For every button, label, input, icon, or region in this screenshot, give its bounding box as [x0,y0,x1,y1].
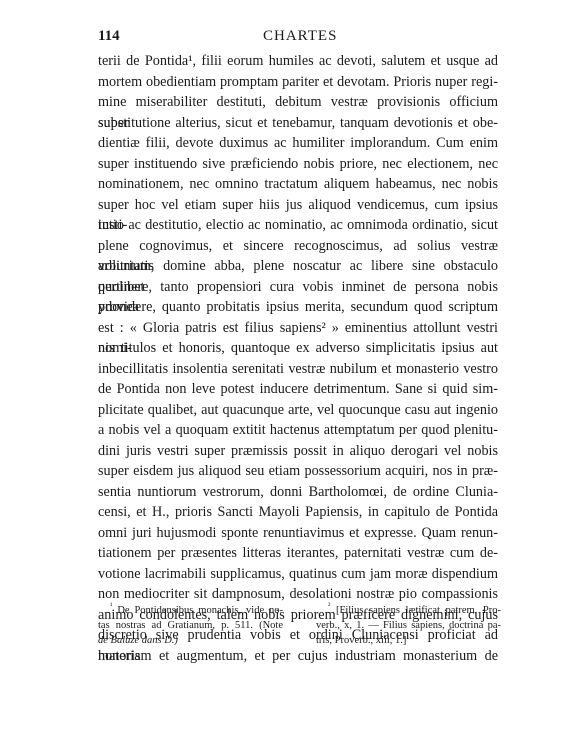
text-line: censi, et H., prioris Sancti Mayoli Papi… [98,502,498,523]
text-line: arbitrium, domine abba, plene noscatur a… [98,256,498,277]
text-line: nis titulos et honoris, quantoque ex adv… [98,338,498,359]
footnote-line: ¹ De Pontidensibus monachis, vide no- [98,603,283,618]
text-line: mine miserabiliter destituti, debitum ve… [98,92,498,113]
text-line: omni juri hujusmodi sponte renuntiavimus… [98,523,498,544]
text-line: tiationem per præsentes litteras iterant… [98,543,498,564]
text-line: de Pontida non leve potest inducere detr… [98,379,498,400]
page-number: 114 [98,28,120,45]
footnote-line: verb., x, 1. — Filius sapiens, doctrina … [316,618,501,633]
text-line: mortem obedientiam promptam pariter et d… [98,72,498,93]
text-line: dini juris vestri super præmissis possit… [98,441,498,462]
text-line: non mediocriter sit dampnosum, desolatio… [98,584,498,605]
text-line: super eisdem jus aliquod seu etiam posse… [98,461,498,482]
footnote-marker: ¹ [110,601,112,610]
footnote-line: de Baluze dans D.) [98,633,283,648]
text-line: materiam et augmentum, et per cujus indu… [98,646,498,667]
footnote-line: tris, Proverb., xiii, 1.] [316,633,501,648]
footnote-1: ¹ De Pontidensibus monachis, vide no- ta… [98,603,283,648]
text-line: pertinere, tanto propensiori cura vobis … [98,277,498,298]
text-line: tutio ac destitutio, electio ac nominati… [98,215,498,236]
document-page: 114 CHARTES terii de Pontida¹, filii eor… [0,0,580,745]
text-line: super hoc vel etiam super hiis jus aliqu… [98,195,498,216]
footnote-marker: ² [328,601,330,610]
footnote-line: ² [Filius sapiens lætificat patrem, Pro- [316,603,501,618]
text-line: est : « Gloria patris est filius sapiens… [98,318,498,339]
text-line: votione lacrimabili supplicamus, quatinu… [98,564,498,585]
text-line: inbecillitatis insolentia serenitati ves… [98,359,498,380]
text-line: nominationem, nec omnino tractatum aliqu… [98,174,498,195]
text-line: substitutione alterius, sicut et tenebam… [98,113,498,134]
text-line: a nobis vel a quoquam extitit hactenus a… [98,420,498,441]
page-header: 114 CHARTES [98,28,498,48]
text-line: plicitate qualibet, aut quacunque arte, … [98,400,498,421]
text-line: providere, quanto probitatis ipsius meri… [98,297,498,318]
text-line: sentia nuntiorum vestrorum, donni Bartho… [98,482,498,503]
footnote-2: ² [Filius sapiens lætificat patrem, Pro-… [316,603,501,648]
footnote-line: tas nostras ad Gratianum, p. 511. (Note [98,618,283,633]
text-line: super instituendo sive præficiendo nobis… [98,154,498,175]
main-text: terii de Pontida¹, filii eorum humiles a… [98,51,498,666]
running-title: CHARTES [263,28,337,45]
text-line: dientiæ filii, devote duximus ac humilit… [98,133,498,154]
text-line: terii de Pontida¹, filii eorum humiles a… [98,51,498,72]
text-line: plene cognovimus, et sincere recognoscim… [98,236,498,257]
